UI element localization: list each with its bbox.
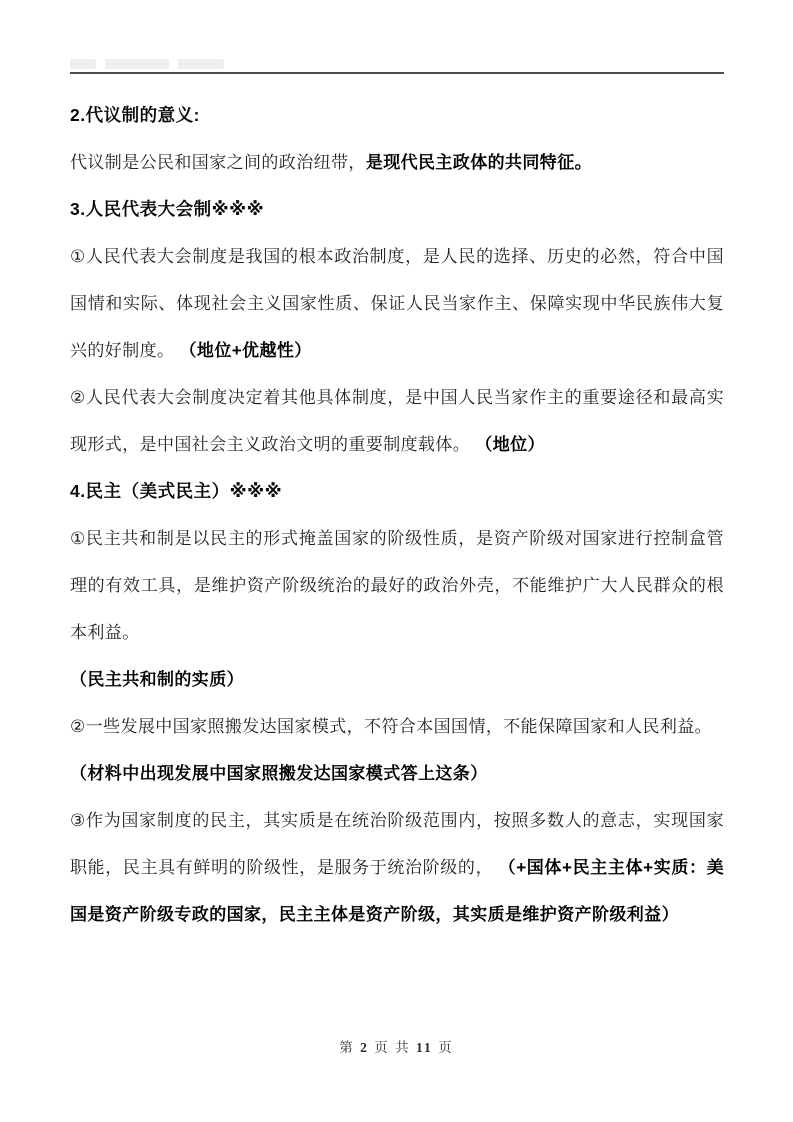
paragraph: ①民主共和制是以民主的形式掩盖国家的阶级性质，是资产阶级对国家进行控制盒管理的有…	[70, 515, 724, 656]
bold-run: 是现代民主政体的共同特征。	[366, 153, 592, 172]
footer-text: 页 共	[369, 1040, 416, 1055]
text-run: ②一些发展中国家照搬发达国家模式，不符合本国国情，不能保障国家和人民利益。	[70, 717, 712, 736]
paragraph: ②一些发展中国家照搬发达国家模式，不符合本国国情，不能保障国家和人民利益。	[70, 703, 724, 750]
ghost-mark	[105, 59, 169, 69]
header-ghost-text	[70, 56, 724, 69]
paragraph: ②人民代表大会制度决定着其他具体制度，是中国人民当家作主的重要途径和最高实现形式…	[70, 374, 724, 468]
paragraph: （材料中出现发展中国家照搬发达国家模式答上这条）	[70, 750, 724, 797]
paragraph: ③作为国家制度的民主，其实质是在统治阶级范围内，按照多数人的意志，实现国家职能，…	[70, 797, 724, 938]
page-number: 11	[416, 1040, 433, 1055]
ghost-mark	[70, 59, 96, 69]
section-heading: 2.代议制的意义:	[70, 92, 724, 139]
paragraph: 代议制是公民和国家之间的政治纽带，是现代民主政体的共同特征。	[70, 139, 724, 186]
text-run: ②人民代表大会制度决定着其他具体制度，是中国人民当家作主的重要途径和最高实现形式…	[70, 388, 724, 454]
bold-run: （材料中出现发展中国家照搬发达国家模式答上这条）	[70, 764, 488, 783]
document-page: 2.代议制的意义:代议制是公民和国家之间的政治纽带，是现代民主政体的共同特征。3…	[0, 0, 793, 1122]
text-run: 代议制是公民和国家之间的政治纽带，	[70, 153, 366, 172]
bold-run: （地位）	[470, 435, 545, 454]
section-heading: 3.人民代表大会制※※※	[70, 186, 724, 233]
text-run: ①人民代表大会制度是我国的根本政治制度，是人民的选择、历史的必然，符合中国国情和…	[70, 247, 724, 360]
ghost-mark	[178, 59, 224, 69]
page-header	[70, 56, 724, 74]
section-heading: 4.民主（美式民主）※※※	[70, 468, 724, 515]
paragraph: ①人民代表大会制度是我国的根本政治制度，是人民的选择、历史的必然，符合中国国情和…	[70, 233, 724, 374]
page-number: 2	[360, 1040, 369, 1055]
paragraph: （民主共和制的实质）	[70, 656, 724, 703]
footer-text: 第	[339, 1040, 360, 1055]
page-footer: 第 2 页 共 11 页	[0, 1036, 793, 1056]
footer-text: 页	[433, 1040, 454, 1055]
text-run: ①民主共和制是以民主的形式掩盖国家的阶级性质，是资产阶级对国家进行控制盒管理的有…	[70, 529, 724, 642]
document-body: 2.代议制的意义:代议制是公民和国家之间的政治纽带，是现代民主政体的共同特征。3…	[70, 92, 724, 938]
bold-run: （民主共和制的实质）	[70, 670, 244, 689]
bold-run: （地位+优越性）	[174, 341, 311, 360]
header-rule	[70, 72, 724, 74]
